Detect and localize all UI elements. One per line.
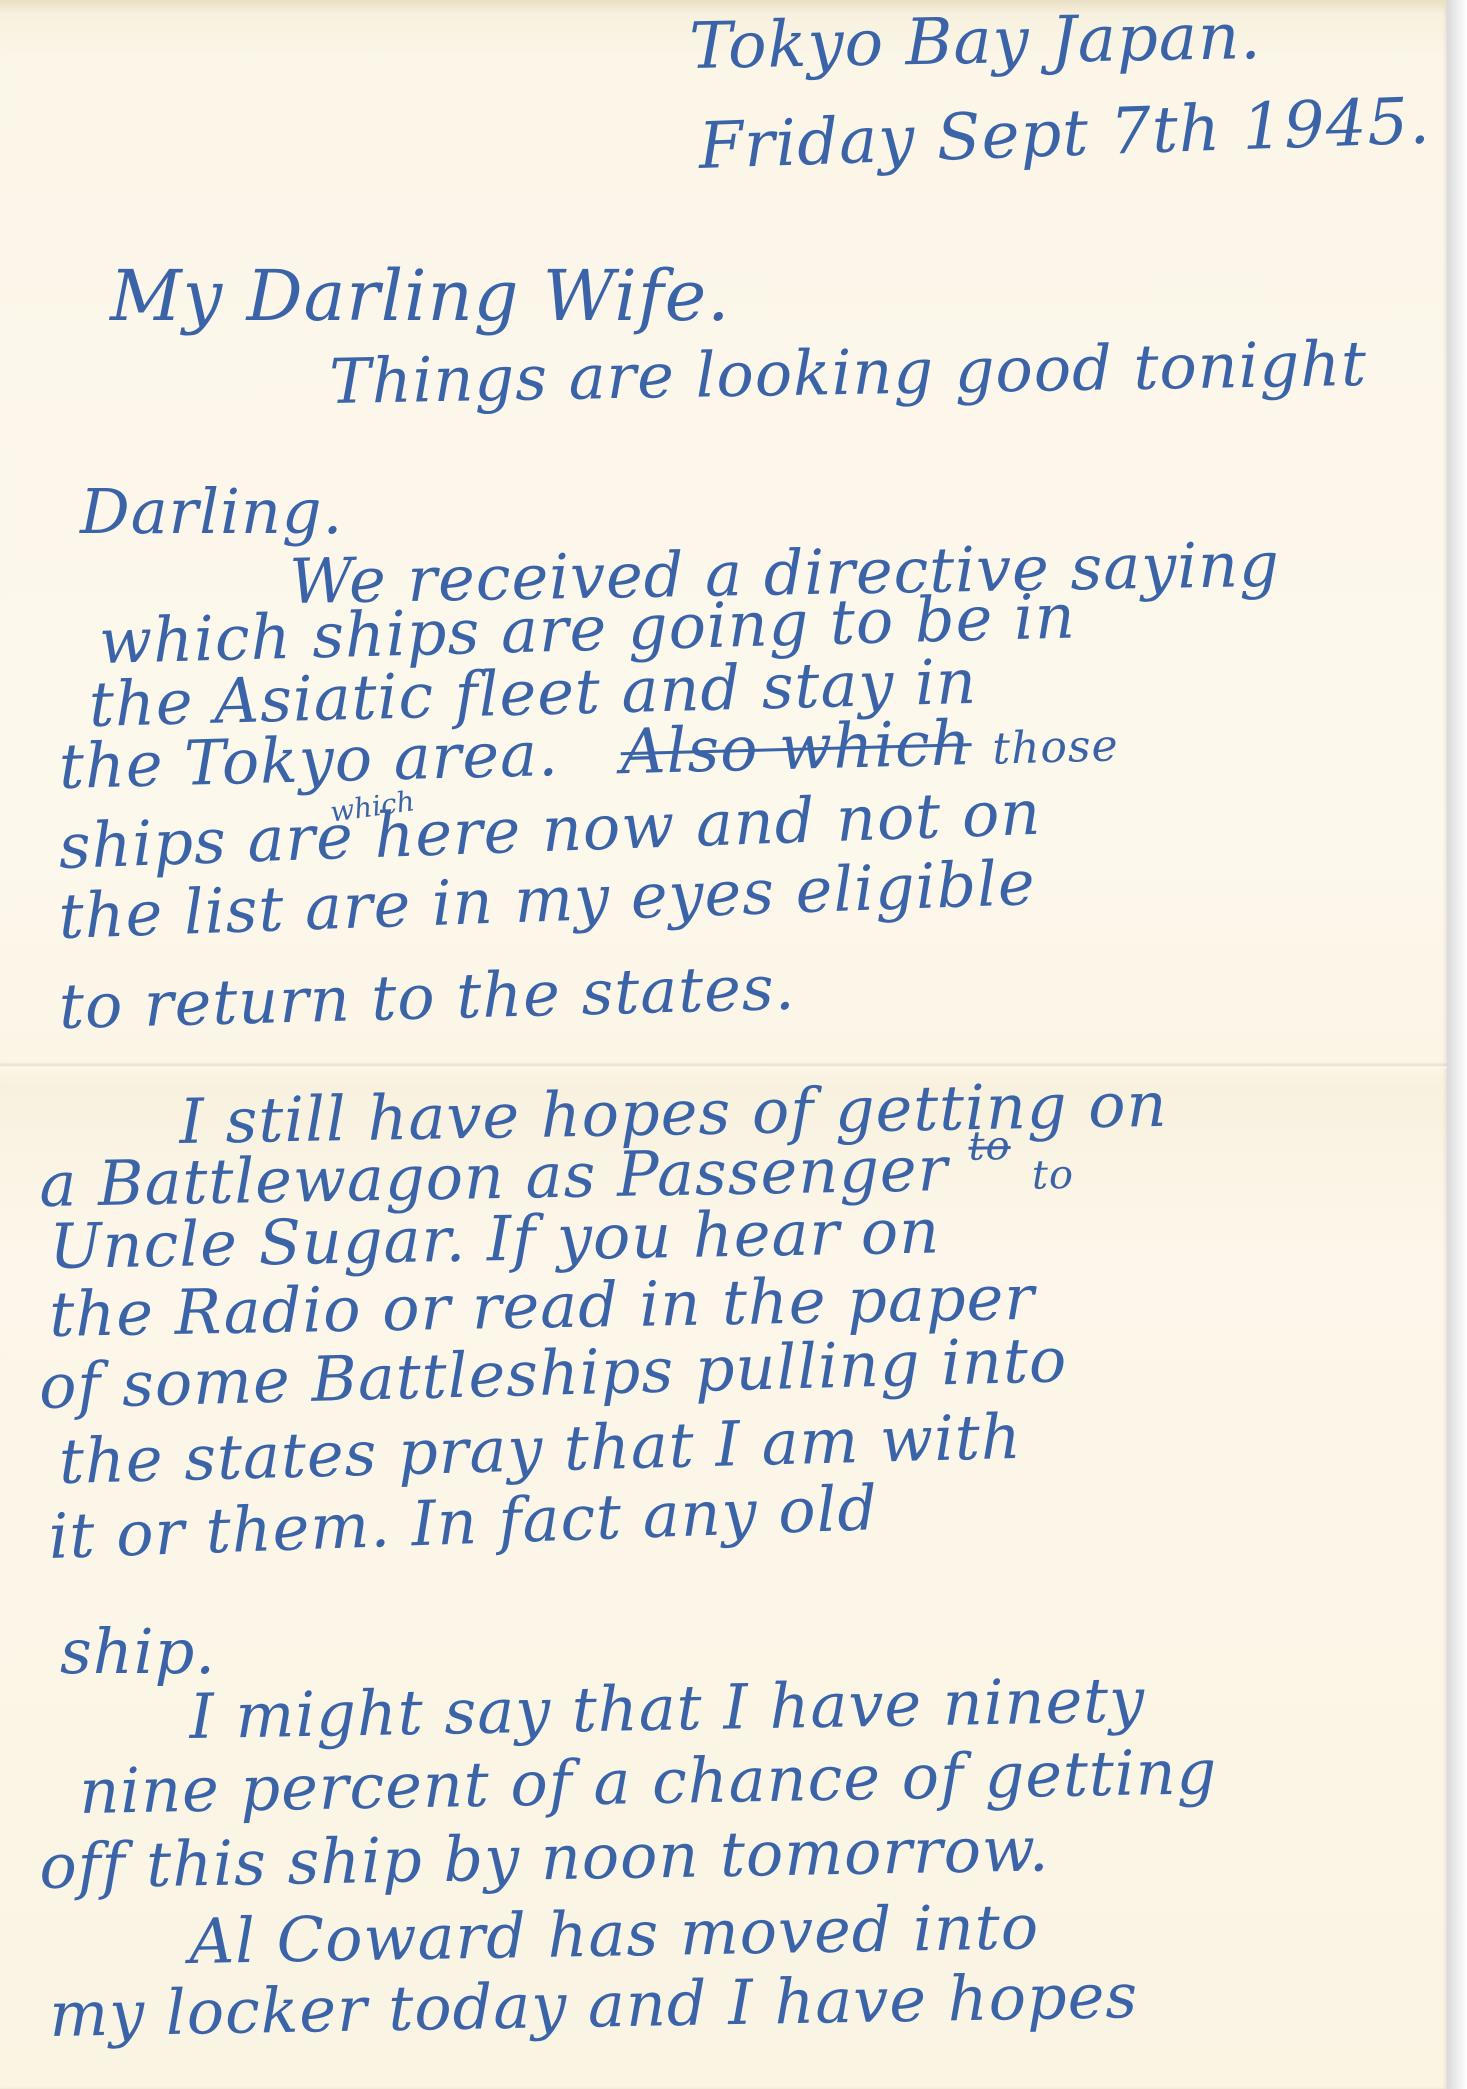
paper-fold-crease bbox=[0, 1062, 1447, 1070]
body-line-2: Darling. bbox=[80, 475, 343, 548]
body-line-17: ship. bbox=[60, 1615, 216, 1688]
letter-salutation: My Darling Wife. bbox=[110, 255, 730, 337]
letter-place: Tokyo Bay Japan. bbox=[689, 0, 1262, 84]
struck-to: to bbox=[968, 1123, 1011, 1170]
replacement-to: to bbox=[1031, 1152, 1074, 1199]
body-line-6-text: the Tokyo area. bbox=[58, 717, 559, 803]
struck-text: Also which bbox=[620, 706, 973, 788]
letter-paper: Tokyo Bay Japan. Friday Sept 7th 1945. M… bbox=[0, 0, 1447, 2089]
letter-date: Friday Sept 7th 1945. bbox=[697, 84, 1431, 184]
body-line-1: Things are looking good tonight bbox=[329, 327, 1368, 418]
added-word-those: those bbox=[992, 720, 1119, 774]
scan-margin bbox=[1447, 0, 1467, 2089]
body-line-9: to return to the states. bbox=[58, 951, 796, 1043]
